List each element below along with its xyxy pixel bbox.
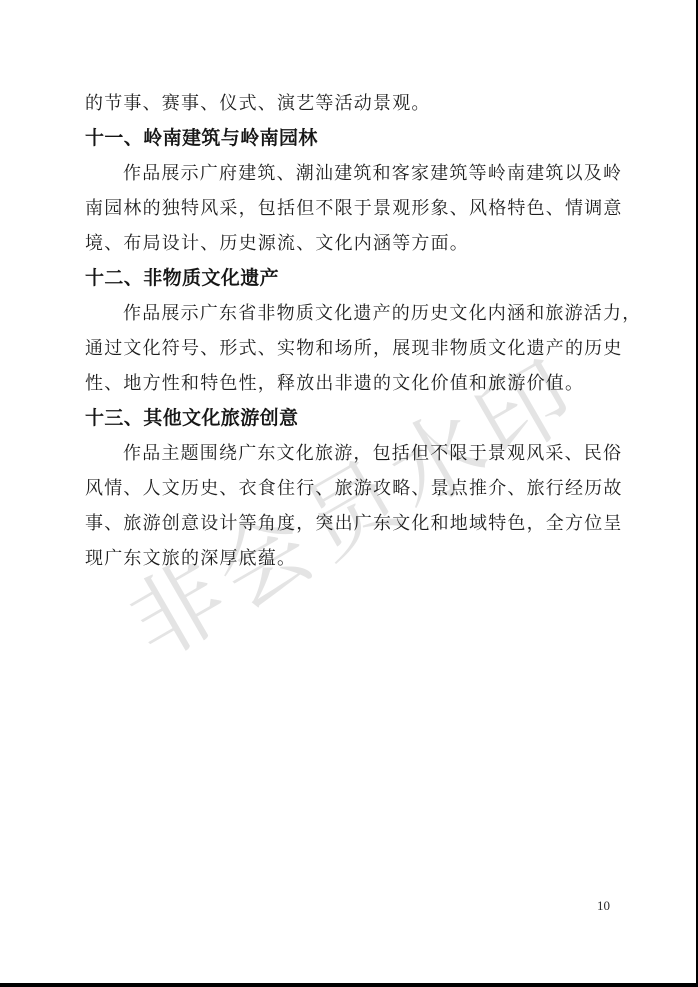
section-heading-12: 十二、非物质文化遗产: [85, 261, 625, 296]
paragraph-line: 性、地方性和特色性，释放出非遗的文化价值和旅游价值。: [85, 366, 625, 401]
section-heading-13: 十三、其他文化旅游创意: [85, 401, 625, 436]
paragraph-line: 南园林的独特风采，包括但不限于景观形象、风格特色、情调意: [85, 191, 625, 226]
paragraph-line: 作品展示广东省非物质文化遗产的历史文化内涵和旅游活力，: [85, 296, 625, 331]
document-page: 非会员水印 的节事、赛事、仪式、演艺等活动景观。 十一、岭南建筑与岭南园林 作品…: [0, 0, 698, 987]
document-content: 的节事、赛事、仪式、演艺等活动景观。 十一、岭南建筑与岭南园林 作品展示广府建筑…: [85, 86, 625, 576]
paragraph-line: 作品主题围绕广东文化旅游，包括但不限于景观风采、民俗: [85, 436, 625, 471]
paragraph-line: 现广东文旅的深厚底蕴。: [85, 541, 625, 576]
page-number: 10: [597, 898, 610, 914]
paragraph-line: 风情、人文历史、衣食住行、旅游攻略、景点推介、旅行经历故: [85, 471, 625, 506]
paragraph-line: 事、旅游创意设计等角度，突出广东文化和地域特色，全方位呈: [85, 506, 625, 541]
paragraph-line: 作品展示广府建筑、潮汕建筑和客家建筑等岭南建筑以及岭: [85, 156, 625, 191]
paragraph-line: 的节事、赛事、仪式、演艺等活动景观。: [85, 86, 625, 121]
paragraph-line: 通过文化符号、形式、实物和场所，展现非物质文化遗产的历史: [85, 331, 625, 366]
paragraph-line: 境、布局设计、历史源流、文化内涵等方面。: [85, 226, 625, 261]
section-heading-11: 十一、岭南建筑与岭南园林: [85, 121, 625, 156]
